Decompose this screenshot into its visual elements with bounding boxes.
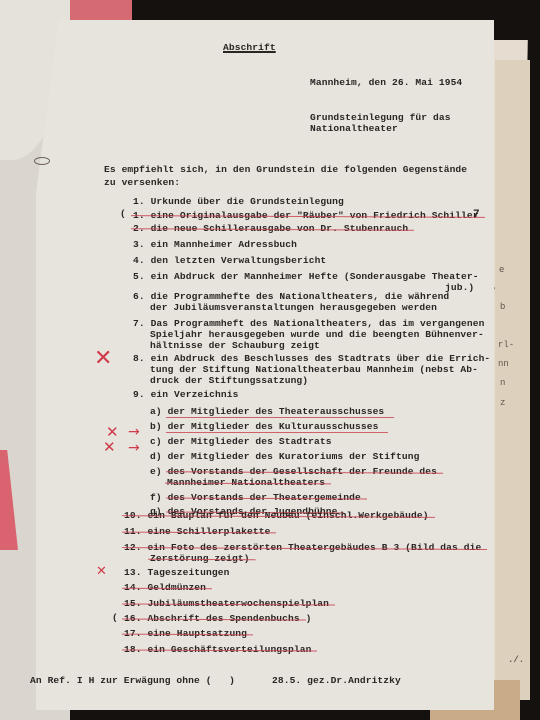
- sub-list-item: b) der Mitglieder des Kulturausschusses: [150, 421, 378, 434]
- place-date: Mannheim, den 26. Mai 1954: [310, 77, 462, 90]
- background-text-fragment: rl-: [498, 340, 514, 350]
- list-item-continuation: druck der Stiftungssatzung): [150, 375, 308, 388]
- bracket-open: (: [120, 208, 126, 221]
- list-item-continuation: hältnisse der Schauburg zeigt: [150, 340, 320, 353]
- sub-list-item: d) der Mitglieder des Kuratoriums der St…: [150, 451, 419, 464]
- intro-text: zu versenken:: [104, 177, 180, 190]
- binder-ring: [34, 157, 50, 165]
- list-item-struck: 1. eine Originalausgabe der "Räuber" von…: [133, 210, 479, 223]
- bracket-open: (: [112, 612, 118, 625]
- intro-text: Es empfiehlt sich, in den Grundstein die…: [104, 164, 467, 177]
- background-text-fragment: b: [500, 302, 505, 312]
- background-text-fragment: ./.: [508, 655, 524, 665]
- list-item: 13. Tageszeitungen: [124, 567, 229, 580]
- red-x-mark: ✕: [94, 346, 112, 371]
- bracket-close: 7: [473, 209, 480, 222]
- red-arrow-mark: →: [128, 440, 140, 456]
- list-item-continuation: der Jubiläumsveranstaltungen herausgegeb…: [150, 302, 437, 315]
- red-x-mark: ✕: [103, 438, 116, 456]
- list-item-struck: 2. die neue Schillerausgabe von Dr. Stub…: [133, 223, 408, 236]
- list-item: 4. den letzten Verwaltungsbericht: [133, 255, 326, 268]
- routing-note: An Ref. I H zur Erwägung ohne ( ): [30, 675, 235, 688]
- background-text-fragment: e: [499, 265, 504, 275]
- list-item: 3. ein Mannheimer Adressbuch: [133, 239, 297, 252]
- sub-list-item: a) der Mitglieder des Theaterausschusses: [150, 406, 384, 419]
- list-item-struck: 18. ein Geschäftsverteilungsplan: [124, 644, 311, 657]
- list-item-struck: 14. Geldmünzen: [124, 582, 206, 595]
- sub-list-item-continuation: Mannheimer Nationaltheaters: [167, 477, 325, 490]
- list-item: 1. Urkunde über die Grundsteinlegung: [133, 196, 344, 209]
- list-item-struck: 10. ein Bauplan für den Neubau (einschl.…: [124, 510, 429, 523]
- list-item-struck: 11. eine Schillerplakette: [124, 526, 270, 539]
- list-item-struck: 17. eine Hauptsatzung: [124, 628, 247, 641]
- red-arrow-mark: →: [128, 424, 140, 440]
- list-item-continuation: jub.): [445, 282, 474, 295]
- list-item: 5. ein Abdruck der Mannheimer Hefte (Son…: [133, 271, 479, 284]
- background-text-fragment: nn: [498, 359, 509, 369]
- red-x-mark: ✕: [96, 564, 107, 579]
- sub-list-item: c) der Mitglieder des Stadtrats: [150, 436, 332, 449]
- red-divider-tab: [70, 0, 132, 22]
- list-item-struck: 15. Jubiläumstheaterwochenspielplan: [124, 598, 329, 611]
- subject-line: Nationaltheater: [310, 123, 398, 136]
- list-item-continuation: Zerstörung zeigt): [150, 553, 250, 566]
- list-item: 9. ein Verzeichnis: [133, 389, 238, 402]
- background-text-fragment: n: [500, 378, 505, 388]
- list-item-struck: 16. Abschrift des Spendenbuchs ): [124, 613, 311, 626]
- background-text-fragment: z: [500, 398, 505, 408]
- signature-line: 28.5. gez.Dr.Andritzky: [272, 675, 401, 688]
- sub-list-item-struck: f) des Vorstands der Theatergemeinde: [150, 492, 361, 505]
- document-heading: Abschrift: [223, 42, 276, 55]
